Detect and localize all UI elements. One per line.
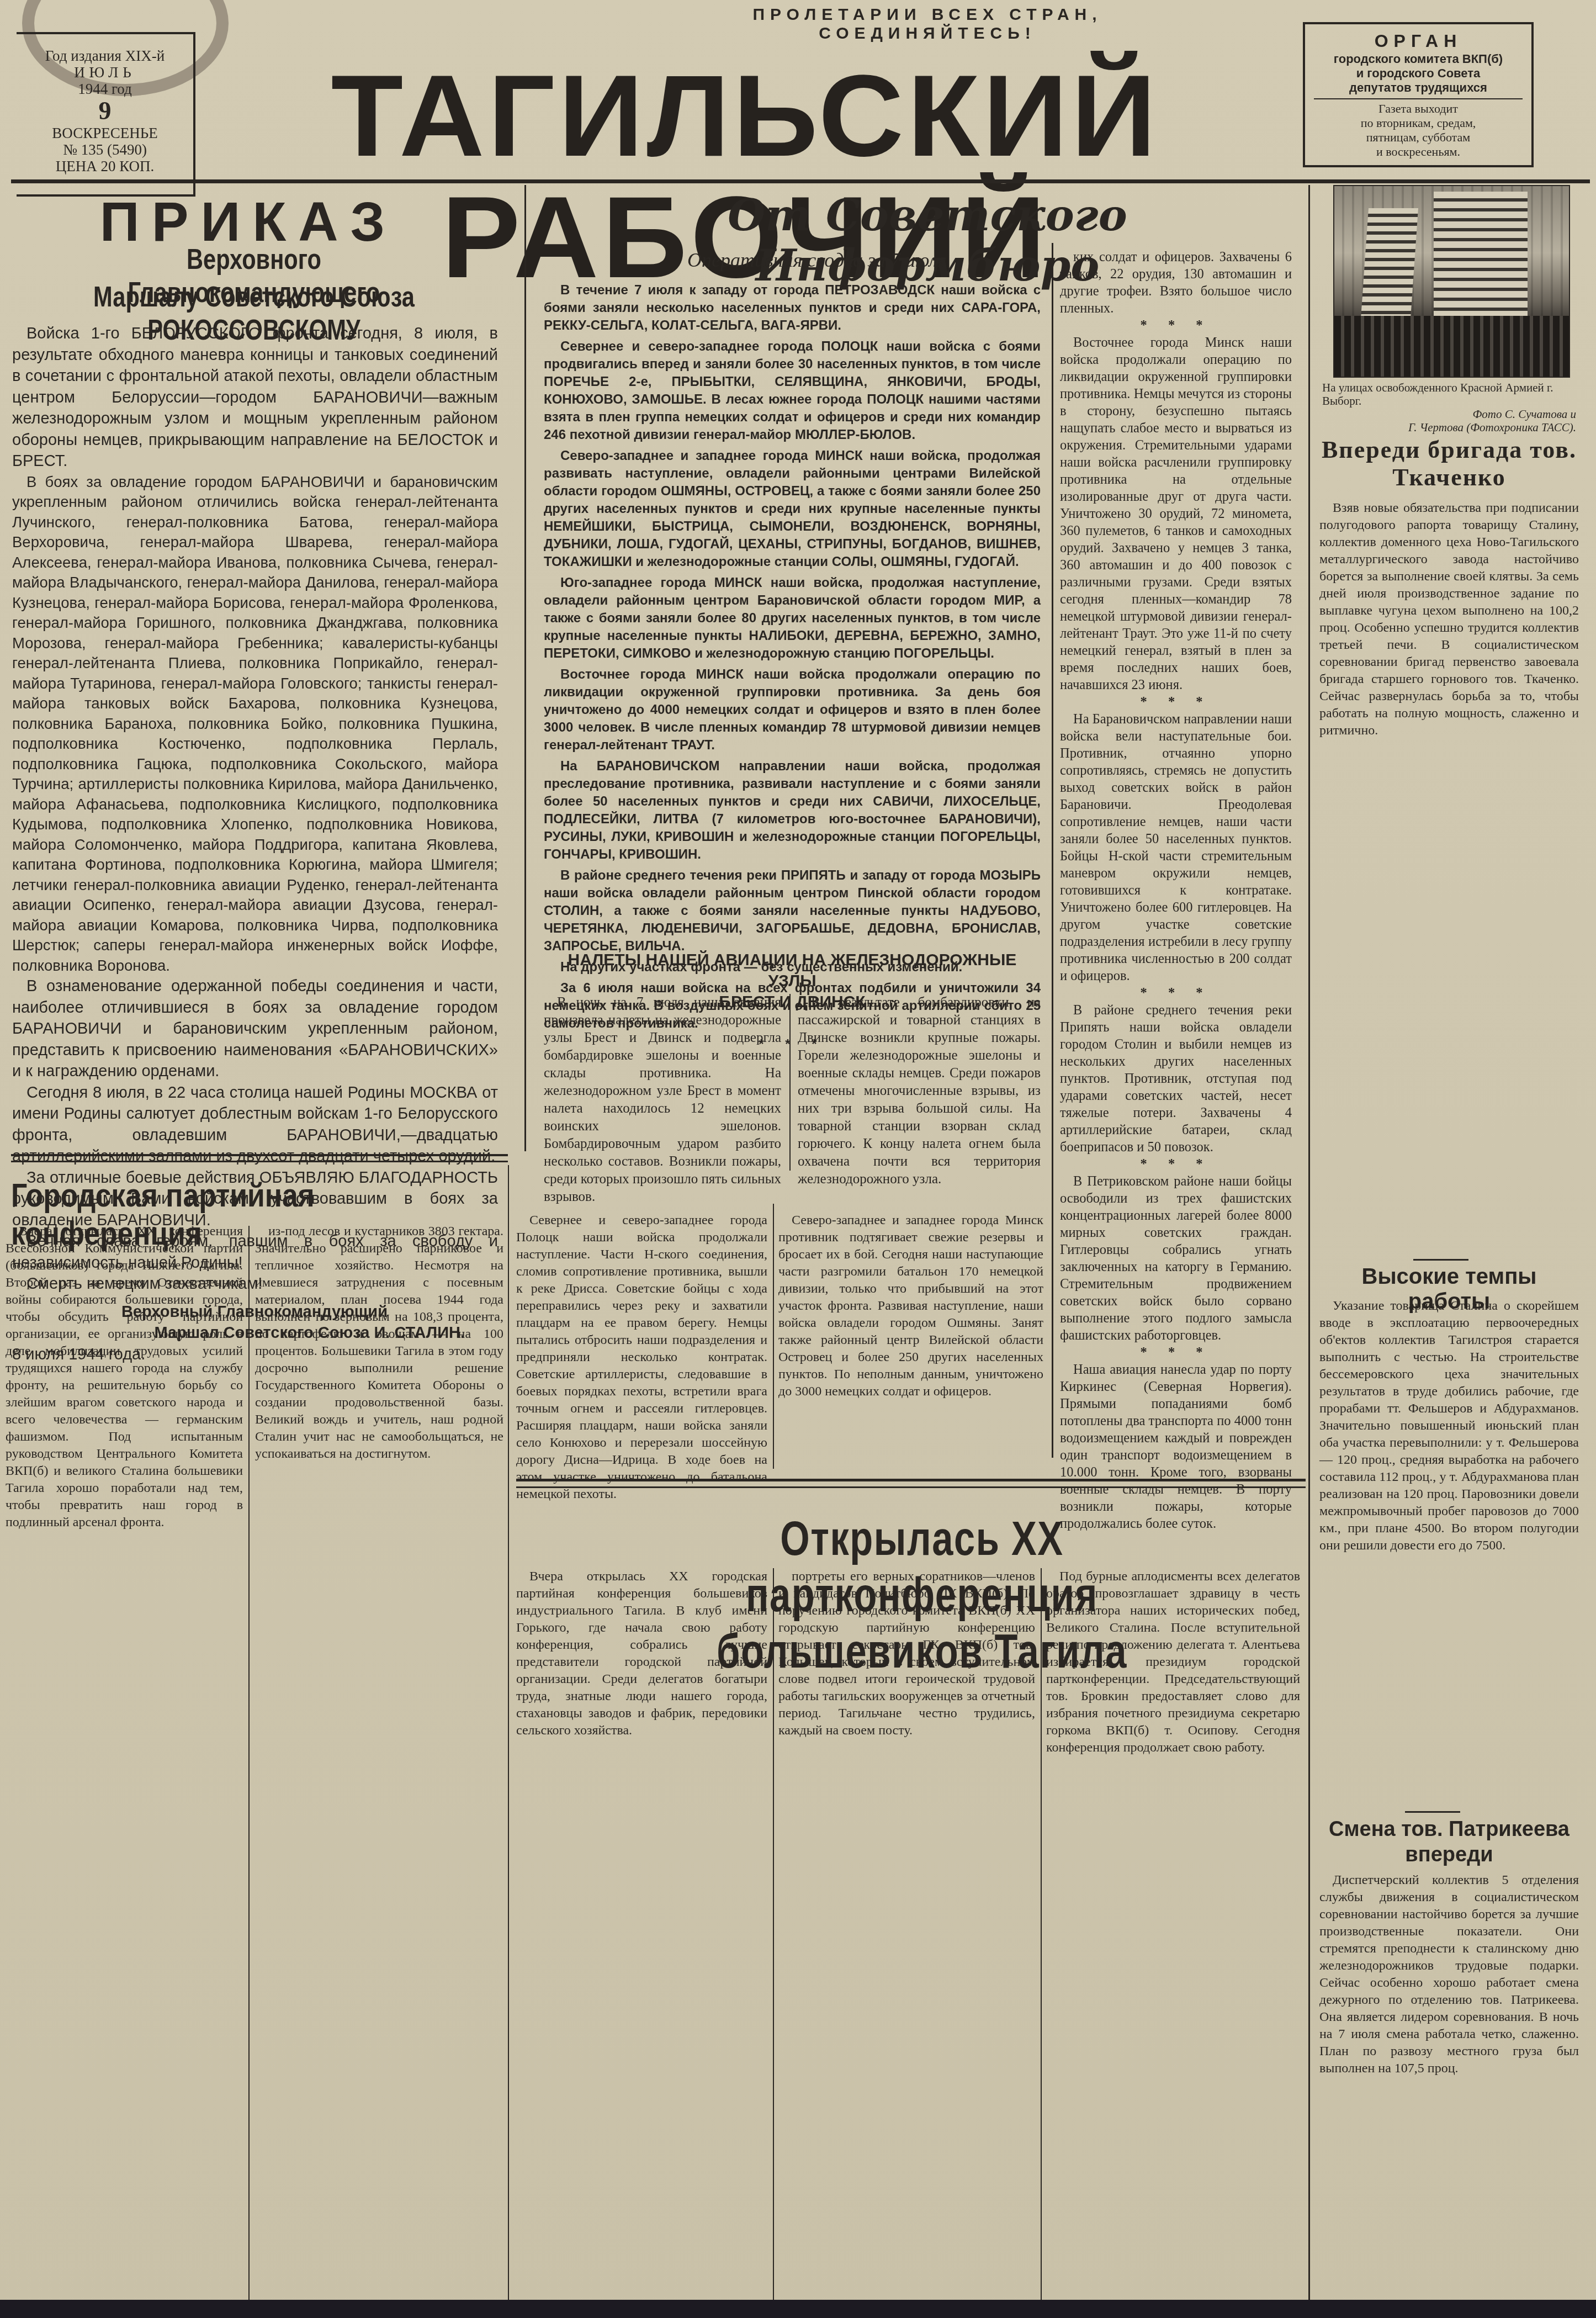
article-divider bbox=[1413, 1259, 1468, 1261]
issue-number: № 135 (5490) bbox=[17, 141, 193, 158]
newspaper-page: Год издания XIX-й ИЮЛЬ 1944 год 9 ВОСКРЕ… bbox=[0, 0, 1596, 2318]
organ-box: ОРГАН городского комитета ВКП(б) и город… bbox=[1303, 22, 1534, 167]
organ-line: городского комитета ВКП(б) bbox=[1305, 52, 1531, 66]
section-rule bbox=[516, 1486, 1306, 1488]
side-paragraph: Наша авиация нанесла удар по порту Кирки… bbox=[1060, 1361, 1292, 1532]
lower-paragraph: Севернее и северо-западнее города Полоцк… bbox=[516, 1212, 767, 1503]
motto: ПРОЛЕТАРИИ ВСЕХ СТРАН, СОЕДИНЯЙТЕСЬ! bbox=[646, 6, 1209, 43]
stars-divider: * * * bbox=[1060, 694, 1292, 711]
informburo-main-body: В течение 7 июля к западу от города ПЕТР… bbox=[544, 282, 1041, 1054]
column-divider bbox=[1041, 1568, 1042, 2318]
conference-paragraph: портреты его верных соратников—членов и … bbox=[778, 1568, 1035, 1739]
section-rule bbox=[11, 1154, 508, 1156]
issue-year: 1944 год bbox=[17, 81, 193, 97]
vyborg-photo bbox=[1333, 185, 1570, 378]
year-of-publication: Год издания XIX-й bbox=[17, 47, 193, 64]
informburo-side-column: ких солдат и офицеров. Захвачены 6 танко… bbox=[1060, 248, 1292, 1532]
side-paragraph: В Петриковском районе наши бойцы освобод… bbox=[1060, 1173, 1292, 1344]
caption-text: На улицах освобожденного Красной Армией … bbox=[1322, 381, 1576, 407]
soldiers-image bbox=[1334, 316, 1569, 377]
column-divider bbox=[508, 1165, 509, 2318]
article-paragraph: Диспетчерский коллектив 5 отделения служ… bbox=[1319, 1872, 1579, 2077]
svodka-subheading: Оперативная сводка за 7 июля bbox=[552, 248, 1082, 272]
prikaz-paragraph: В боях за овладение городом БАРАНОВИЧИ и… bbox=[12, 472, 498, 976]
building-image bbox=[1361, 208, 1418, 319]
aviation-heading-line: НАЛЕТЫ НАШЕЙ АВИАЦИИ НА ЖЕЛЕЗНОДОРОЖНЫЕ … bbox=[544, 950, 1041, 992]
photo-credit: Г. Чертова (Фотохроника ТАСС). bbox=[1322, 421, 1576, 434]
prikaz-paragraph: Войска 1-го БЕЛОРУССКОГО фронта сегодня,… bbox=[12, 323, 498, 472]
svodka-paragraph: В районе среднего течения реки ПРИПЯТЬ и… bbox=[544, 867, 1041, 955]
schedule-line: по вторникам, средам, bbox=[1305, 116, 1531, 130]
side-paragraph: ких солдат и офицеров. Захвачены 6 танко… bbox=[1060, 248, 1292, 317]
column-divider bbox=[789, 994, 791, 1171]
stars-divider: * * * bbox=[1060, 1344, 1292, 1361]
schedule-line: и воскресеньям. bbox=[1305, 145, 1531, 159]
organ-line: и городского Совета bbox=[1305, 66, 1531, 81]
lower-col-1: Севернее и северо-западнее города Полоцк… bbox=[516, 1212, 767, 1503]
xx-conference-col-3: Под бурные аплодисменты всех делегатов о… bbox=[1046, 1568, 1300, 1756]
page-bottom-edge bbox=[0, 2300, 1596, 2318]
photo-caption: На улицах освобожденного Красной Армией … bbox=[1322, 381, 1576, 434]
issue-month: ИЮЛЬ bbox=[17, 64, 193, 81]
building-image bbox=[1434, 192, 1528, 319]
city-conference-col-2: из-под лесов и кустарников 3803 гектара.… bbox=[255, 1223, 503, 1463]
svodka-paragraph: Юго-западнее города МИНСК наши войска, п… bbox=[544, 574, 1041, 663]
tkachenko-body: Взяв новые обязательства при подписании … bbox=[1319, 500, 1579, 739]
column-divider bbox=[1052, 243, 1053, 1458]
side-paragraph: В районе среднего течения реки Припять н… bbox=[1060, 1002, 1292, 1156]
issue-price: ЦЕНА 20 КОП. bbox=[17, 158, 193, 174]
patrikeev-body: Диспетчерский коллектив 5 отделения служ… bbox=[1319, 1872, 1579, 2077]
lower-col-2: Северо-западнее и западнее города Минск … bbox=[778, 1212, 1043, 1400]
issue-day: 9 bbox=[17, 97, 193, 125]
svodka-paragraph: В течение 7 июля к западу от города ПЕТР… bbox=[544, 282, 1041, 335]
issue-date-box: Год издания XIX-й ИЮЛЬ 1944 год 9 ВОСКРЕ… bbox=[17, 32, 195, 197]
svodka-paragraph: Восточнее города МИНСК наши войска продо… bbox=[544, 666, 1041, 754]
conference-paragraph: из-под лесов и кустарников 3803 гектара.… bbox=[255, 1223, 503, 1463]
patrikeev-heading: Смена тов. Патрикеева впереди bbox=[1319, 1817, 1579, 1867]
issue-weekday: ВОСКРЕСЕНЬЕ bbox=[17, 125, 193, 141]
xx-conference-col-1: Вчера открылась XX городская партийная к… bbox=[516, 1568, 767, 1739]
aviation-paragraph: В результате бомбардировки на пассажирск… bbox=[798, 994, 1041, 1188]
svodka-paragraph: На БАРАНОВИЧСКОМ направлении наши войска… bbox=[544, 758, 1041, 864]
conference-paragraph: Вчера открылась XX конференция Всесоюзно… bbox=[6, 1223, 243, 1531]
article-paragraph: Взяв новые обязательства при подписании … bbox=[1319, 500, 1579, 739]
lower-paragraph: Северо-западнее и западнее города Минск … bbox=[778, 1212, 1043, 1400]
column-divider bbox=[773, 1568, 774, 2318]
masthead-rule bbox=[11, 179, 1590, 183]
conference-paragraph: Под бурные аплодисменты всех делегатов о… bbox=[1046, 1568, 1300, 1756]
conference-paragraph: Вчера открылась XX городская партийная к… bbox=[516, 1568, 767, 1739]
article-paragraph: Указание товарища Сталина о скорейшем вв… bbox=[1319, 1298, 1579, 1554]
stars-divider: * * * bbox=[1060, 317, 1292, 334]
photo-credit: Фото С. Сучатова и bbox=[1322, 407, 1576, 421]
city-conference-col-1: Вчера открылась XX конференция Всесоюзно… bbox=[6, 1223, 243, 1531]
article-divider bbox=[1405, 1811, 1460, 1813]
aviation-col-1: В ночь на 7 июля наша авиация произвела … bbox=[544, 994, 781, 1206]
column-divider bbox=[1308, 185, 1310, 2318]
section-rule bbox=[516, 1479, 1306, 1481]
side-paragraph: На Барановичском направлении наши войска… bbox=[1060, 711, 1292, 985]
stars-divider: * * * bbox=[1060, 985, 1292, 1002]
column-divider bbox=[248, 1226, 250, 2318]
column-divider bbox=[773, 1204, 774, 1469]
schedule-line: пятницам, субботам bbox=[1305, 130, 1531, 145]
section-rule bbox=[11, 1161, 508, 1162]
side-paragraph: Восточнее города Минск наши войска продо… bbox=[1060, 334, 1292, 694]
schedule-line: Газета выходит bbox=[1314, 98, 1523, 116]
xx-conference-col-2: портреты его верных соратников—членов и … bbox=[778, 1568, 1035, 1739]
column-divider bbox=[524, 185, 526, 1151]
aviation-col-2: В результате бомбардировки на пассажирск… bbox=[798, 994, 1041, 1188]
svodka-paragraph: Северо-западнее и западнее города МИНСК … bbox=[544, 447, 1041, 571]
tkachenko-heading: Впереди бригада тов. Ткаченко bbox=[1319, 436, 1579, 491]
svodka-paragraph: Севернее и северо-западнее города ПОЛОЦК… bbox=[544, 338, 1041, 444]
tempy-body: Указание товарища Сталина о скорейшем вв… bbox=[1319, 1298, 1579, 1554]
aviation-paragraph: В ночь на 7 июля наша авиация произвела … bbox=[544, 994, 781, 1206]
prikaz-paragraph: В ознаменование одержанной победы соедин… bbox=[12, 976, 498, 1082]
organ-line: депутатов трудящихся bbox=[1305, 81, 1531, 95]
organ-heading: ОРГАН bbox=[1305, 30, 1531, 52]
stars-divider: * * * bbox=[1060, 1156, 1292, 1173]
